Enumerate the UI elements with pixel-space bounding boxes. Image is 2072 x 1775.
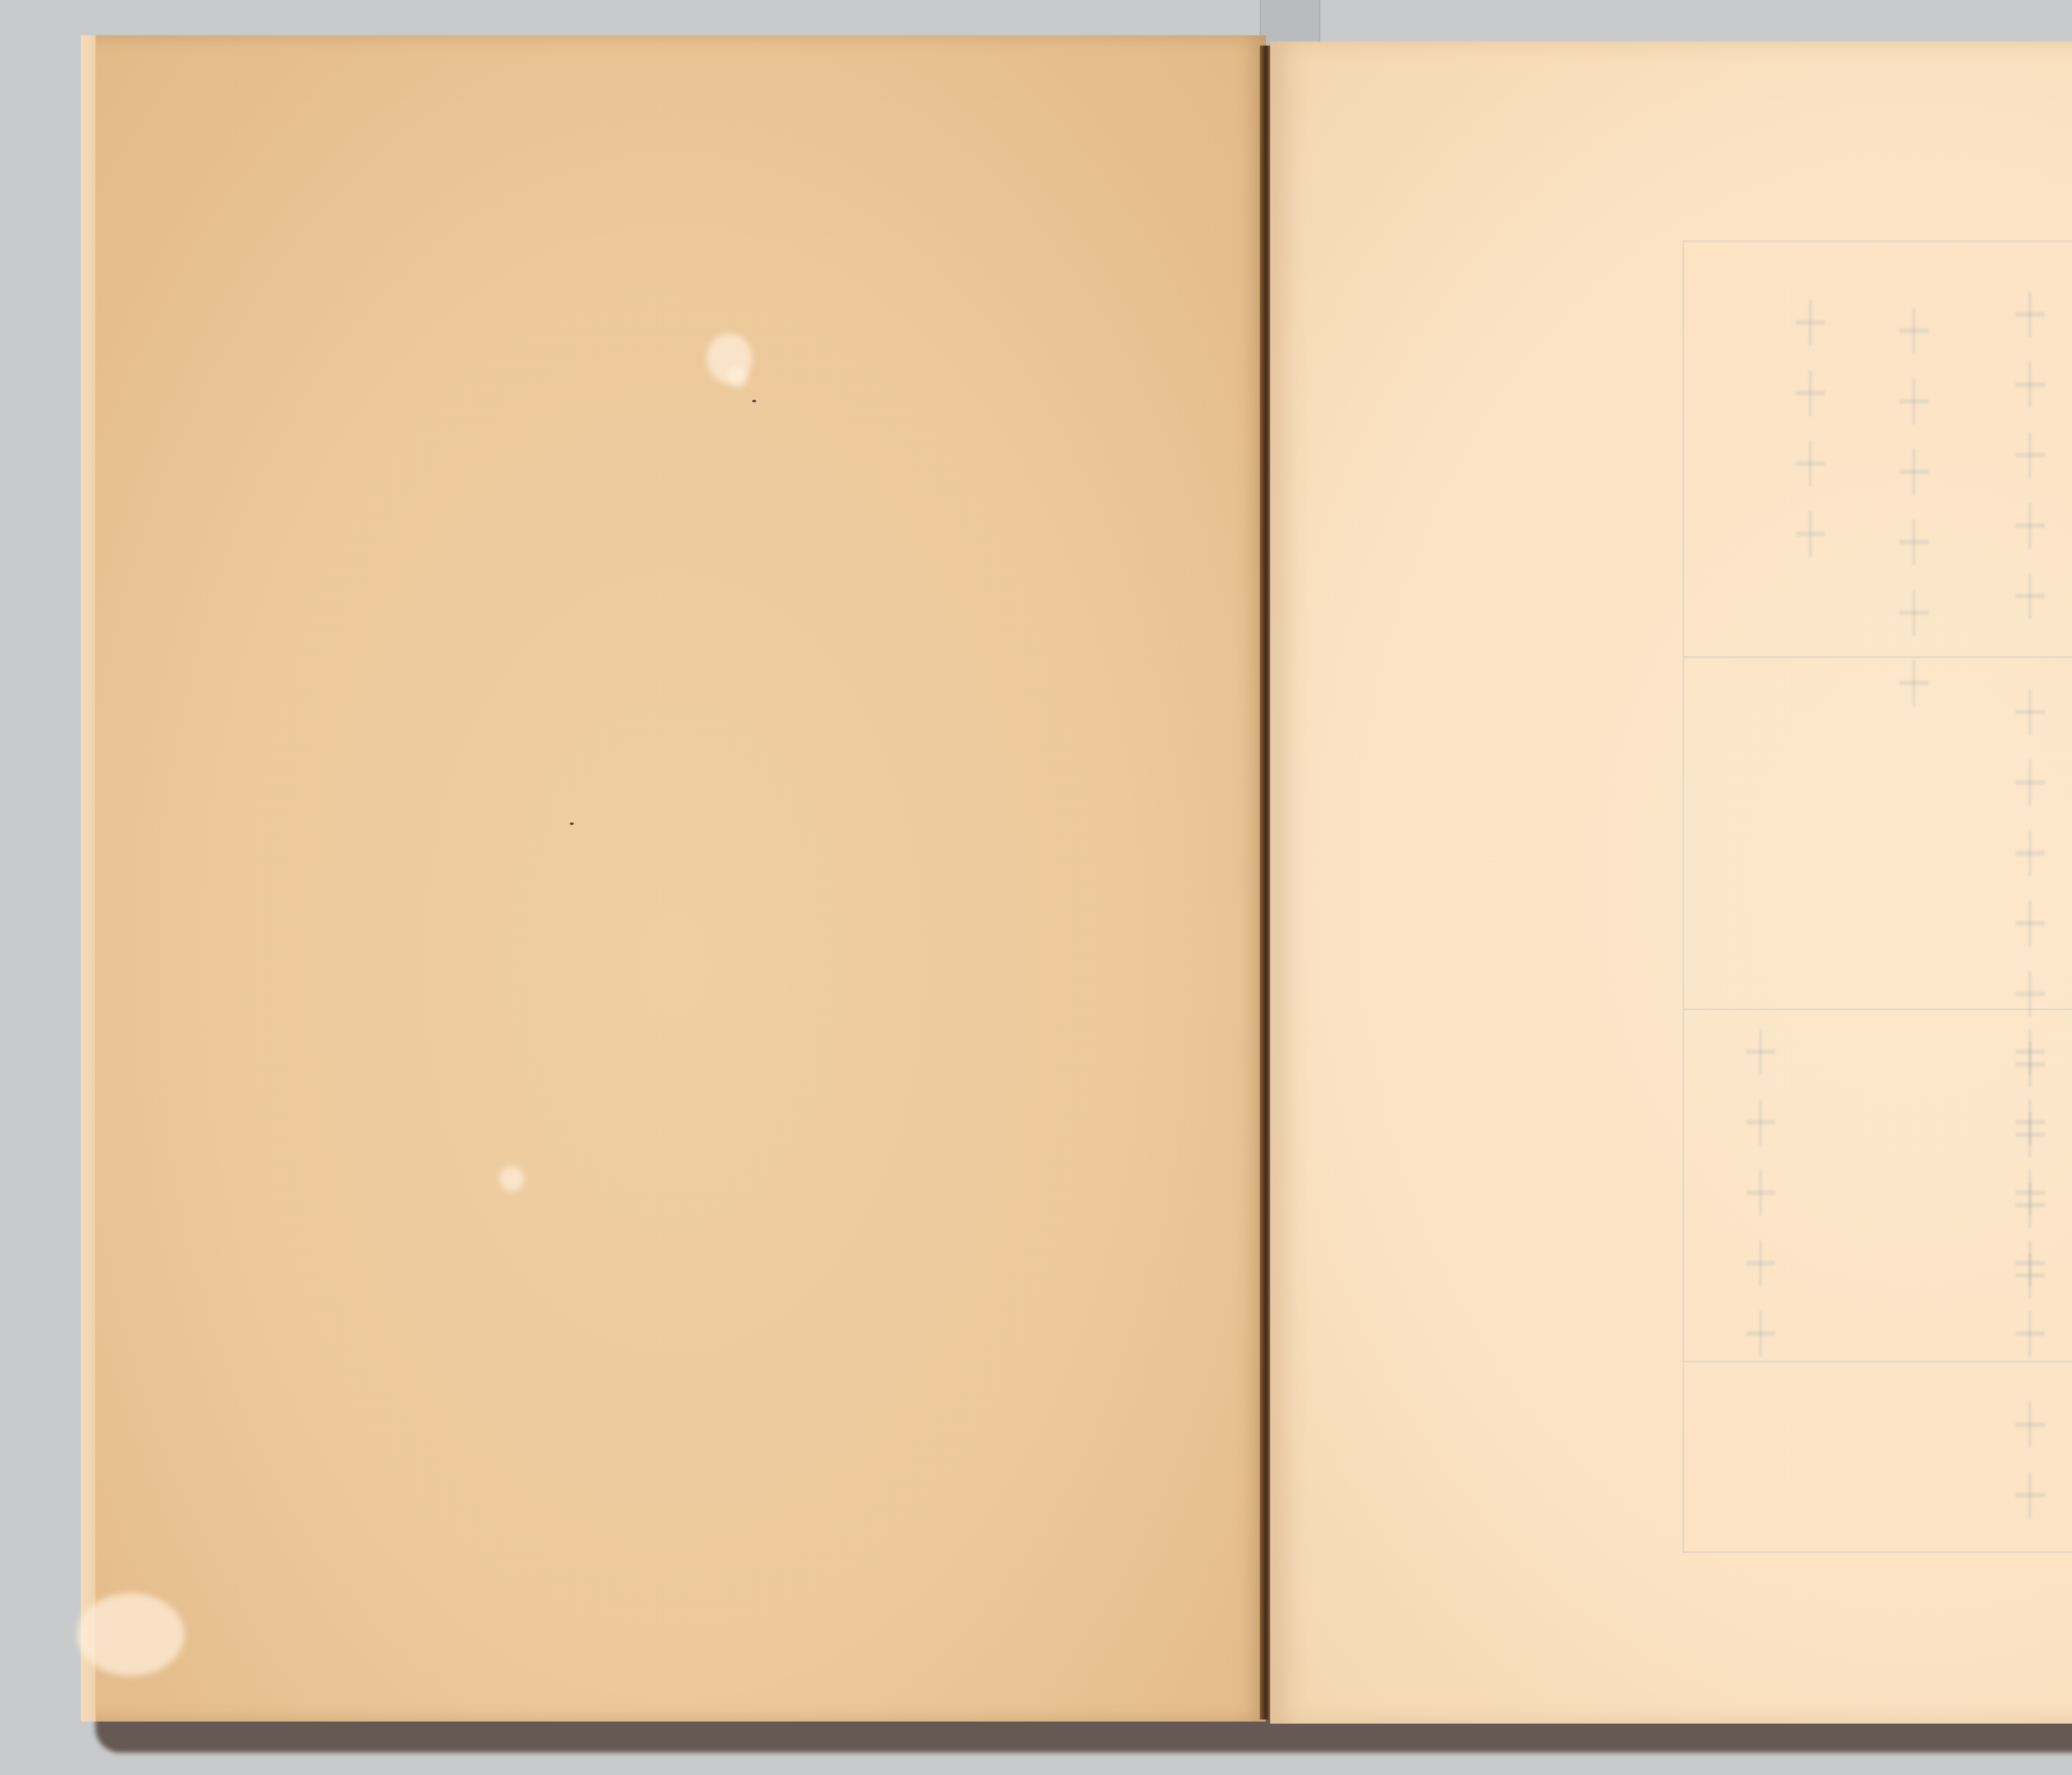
ghost-row-line: [1684, 1008, 2072, 1010]
ghost-row-line: [1684, 1361, 2072, 1362]
ghost-text-column: [1746, 1029, 1775, 1357]
ghost-text-column: [2016, 292, 2045, 619]
ghost-text-column: [2016, 1029, 2045, 1357]
bleed-through-table: [1682, 240, 2072, 1553]
left-page: [81, 35, 1266, 1722]
paper-speck: [570, 822, 574, 825]
ghost-row-line: [1684, 656, 2072, 658]
ghost-text-column: [2016, 1402, 2045, 1518]
corner-crease: [77, 1593, 184, 1676]
paper-stain: [499, 1166, 524, 1191]
left-page-edge: [81, 35, 96, 1722]
ghost-text-column: [1900, 308, 1929, 706]
paper-speck: [752, 400, 756, 402]
book-scan-scene: [0, 0, 2072, 1775]
ghost-text-column: [1796, 300, 1825, 557]
paper-stain: [727, 367, 748, 387]
